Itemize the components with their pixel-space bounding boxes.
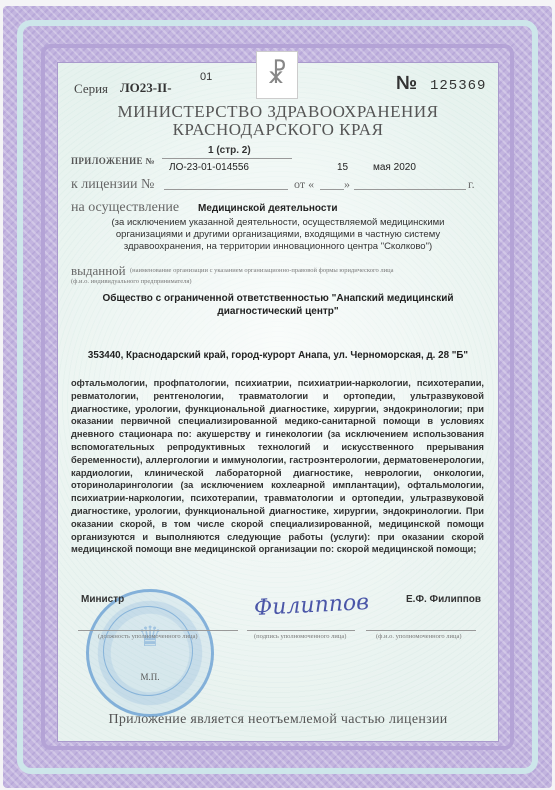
organization-name-line1: Общество с ограниченной ответственностью… xyxy=(58,293,498,304)
activity-label: на осуществление xyxy=(71,200,179,216)
document-panel: ☧ Серия ЛО23-II- 01 № 125369 МИНИСТЕРСТВ… xyxy=(57,62,499,742)
signatory-position: Министр xyxy=(81,594,124,605)
license-number-line xyxy=(164,189,288,190)
appendix-label: ПРИЛОЖЕНИЕ № xyxy=(71,156,155,166)
signatory-name: Е.Ф. Филиппов xyxy=(406,594,481,605)
footer-note: Приложение является неотъемлемой частью … xyxy=(58,712,498,728)
license-number: ЛО-23-01-014556 xyxy=(169,162,249,173)
position-caption: (должность уполномоченного лица) xyxy=(98,633,198,640)
month-line xyxy=(354,189,466,190)
activity-desc-line3: здравоохранения, на территории инновацио… xyxy=(88,241,468,253)
number-sign: № xyxy=(396,73,417,95)
organization-address: 353440, Краснодарский край, город-курорт… xyxy=(58,350,498,361)
license-form-number: 125369 xyxy=(430,78,486,94)
ministry-title-line1: МИНИСТЕРСТВО ЗДРАВООХРАНЕНИЯ xyxy=(58,102,498,122)
from-label: от « xyxy=(294,177,314,192)
ministry-title-line2: КРАСНОДАРСКОГО КРАЯ xyxy=(58,120,498,140)
appendix-page: 1 (стр. 2) xyxy=(208,145,251,156)
name-line xyxy=(366,630,476,631)
issued-hint-line2: (ф.и.о. индивидуального предпринимателя) xyxy=(71,278,192,285)
license-day: 15 xyxy=(337,162,348,173)
day-line xyxy=(320,189,344,190)
stamp-mark: М.П. xyxy=(89,672,211,682)
signature-caption: (подпись уполномоченного лица) xyxy=(254,633,346,640)
series-code: ЛО23-II- xyxy=(120,80,172,96)
from-close: » xyxy=(344,177,350,192)
issued-label: выданной xyxy=(71,263,126,279)
handwritten-signature: Филиппов xyxy=(253,590,369,621)
name-caption: (ф.и.о. уполномоченного лица) xyxy=(376,633,462,640)
appendix-underline xyxy=(162,158,292,159)
signature-line xyxy=(247,630,355,631)
licensed-services-text: офтальмологии, профпатологии, психиатрии… xyxy=(71,377,484,556)
issued-hint-line1: (наименование организации с указанием ор… xyxy=(130,267,393,274)
series-label: Серия xyxy=(74,81,108,97)
series-suffix: 01 xyxy=(200,71,212,83)
activity-title: Медицинской деятельности xyxy=(198,203,498,214)
to-license-label: к лицензии № xyxy=(71,177,154,193)
year-suffix: г. xyxy=(468,177,475,192)
official-seal-icon: ♛ М.П. xyxy=(86,589,214,717)
activity-desc-line1: (за исключением указанной деятельности, … xyxy=(88,217,468,229)
activity-desc-line2: организациями и другими организациями, в… xyxy=(88,229,468,241)
coat-of-arms-icon: ☧ xyxy=(256,51,298,99)
position-line xyxy=(78,630,238,631)
organization-name-line2: диагностический центр" xyxy=(58,306,498,317)
license-month-year: мая 2020 xyxy=(373,162,416,173)
